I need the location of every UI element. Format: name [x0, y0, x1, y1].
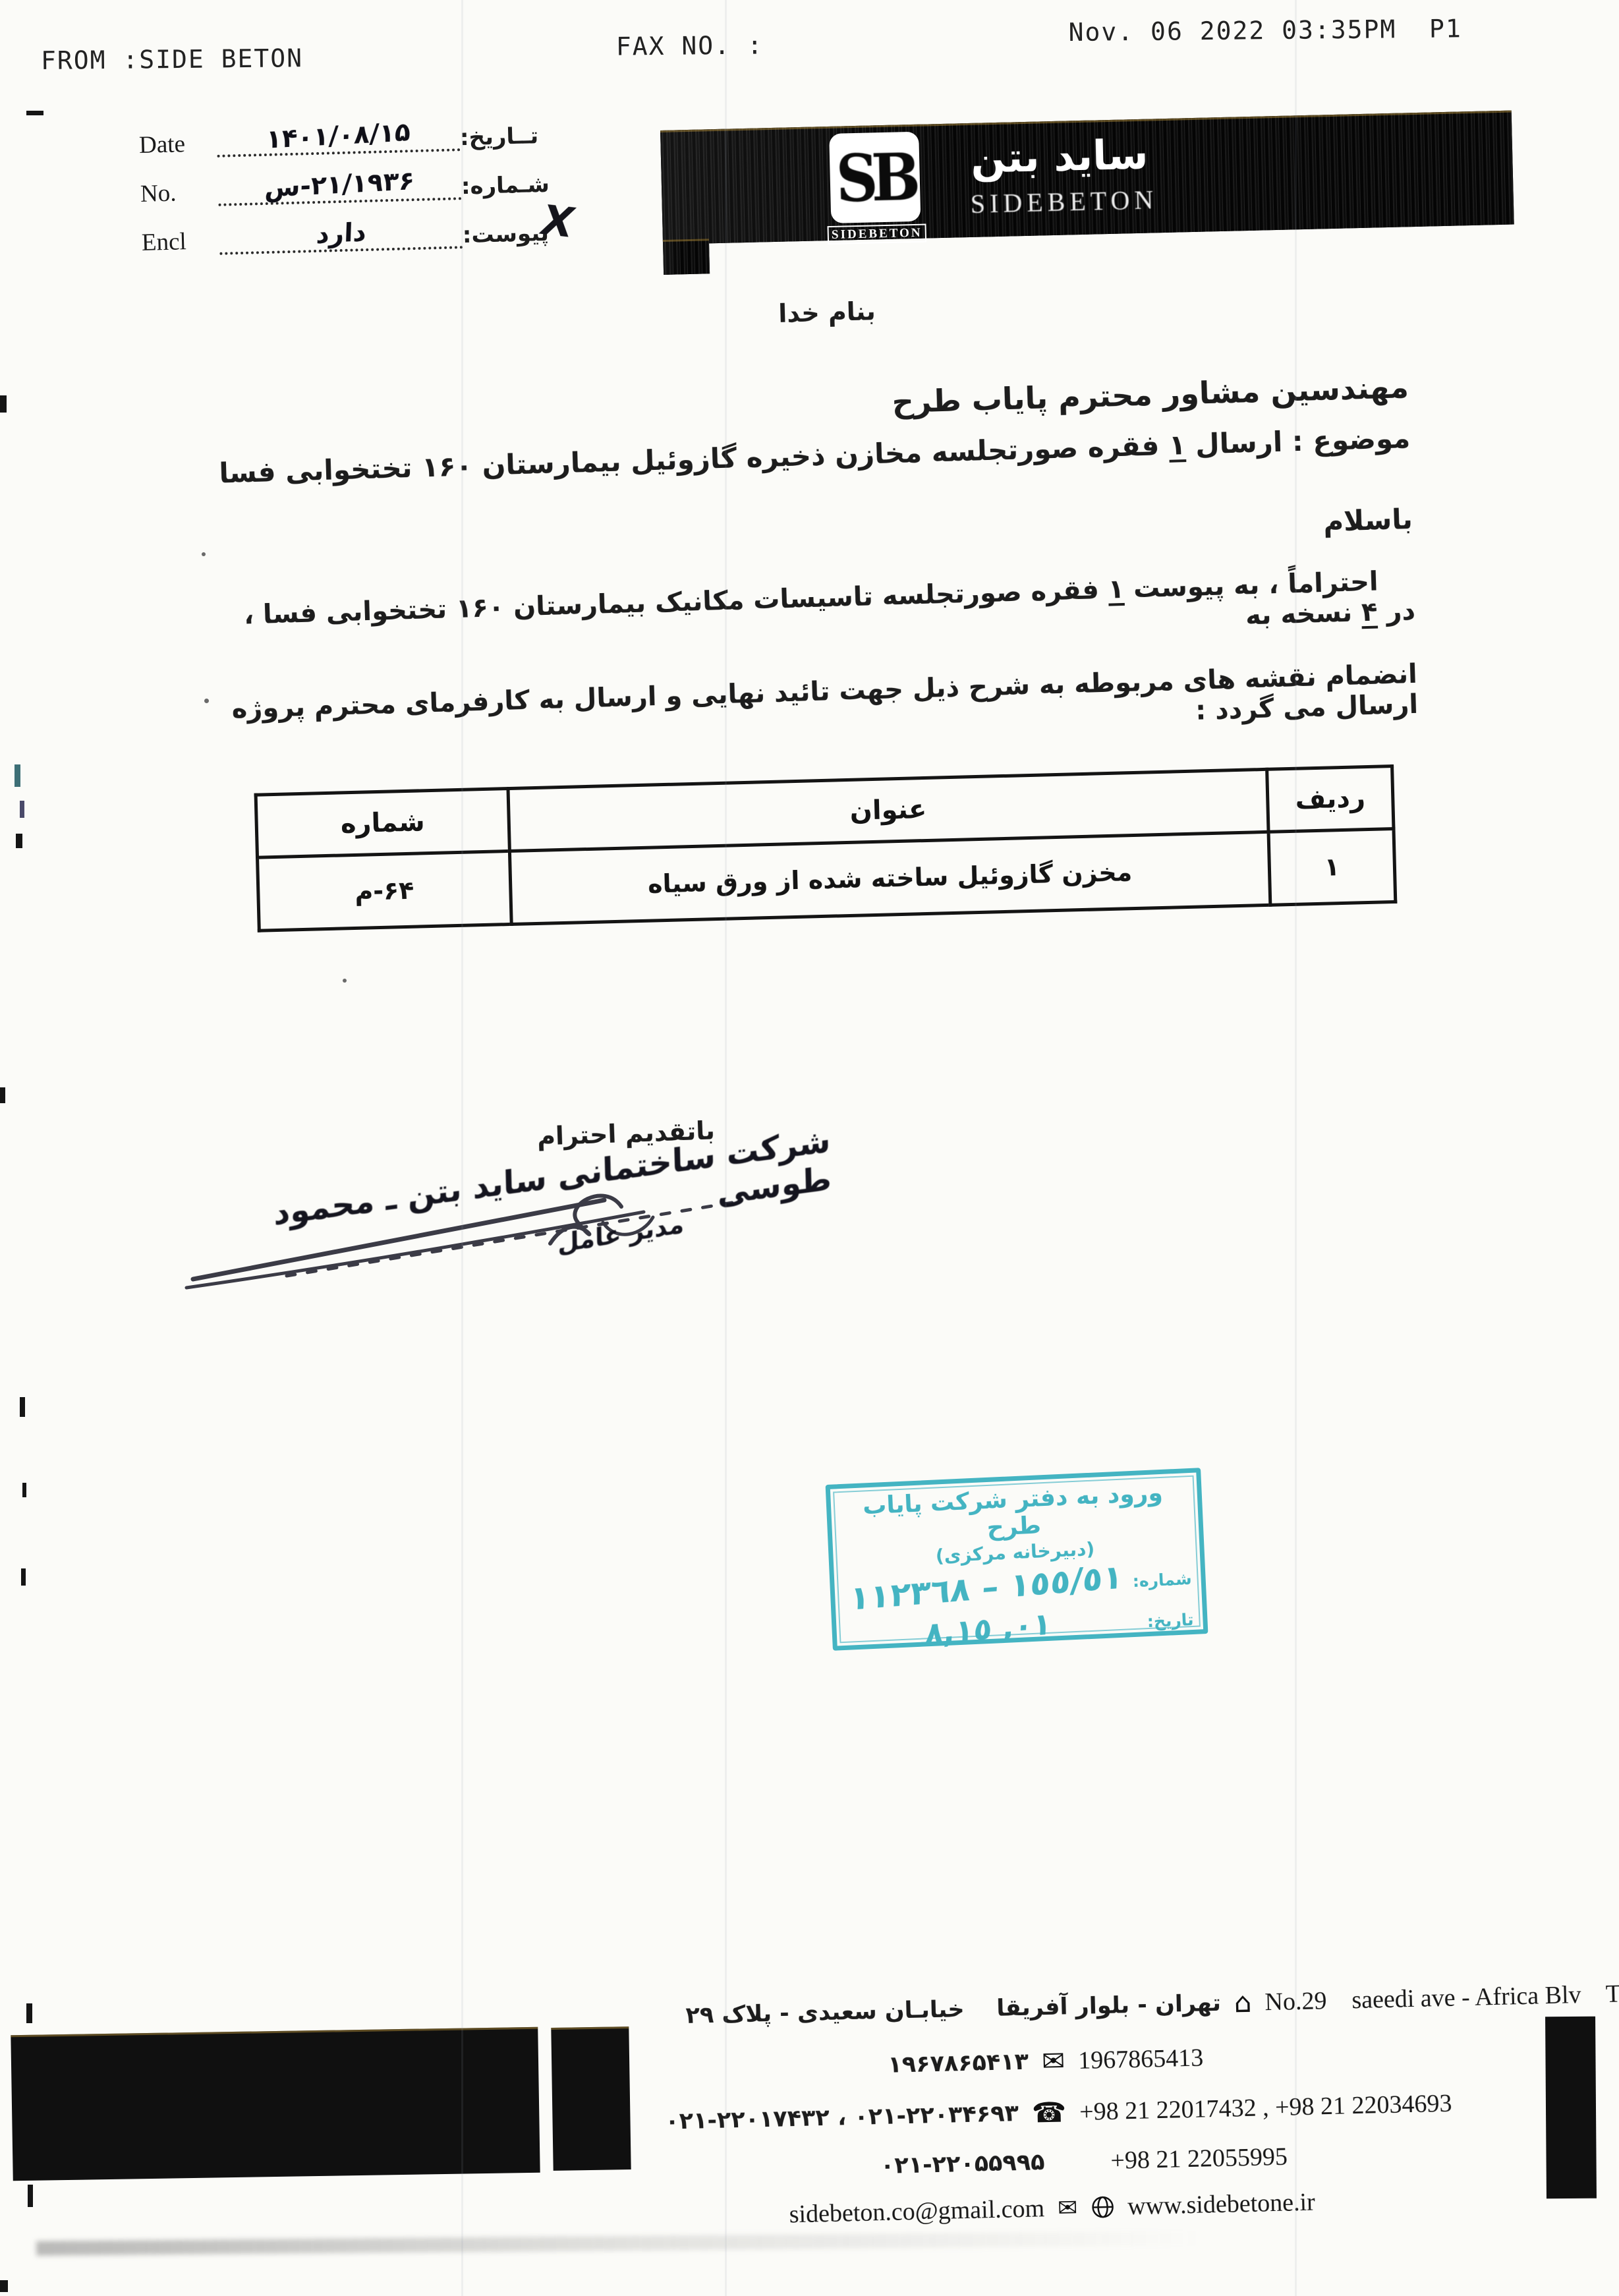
- items-table: ردیف عنوان شماره ۱ مخزن گازوئیل ساخته شد…: [254, 764, 1398, 933]
- logo-band-step: [663, 239, 710, 275]
- address-fa: تهران - بلوار آفریقا خیابـان سعیدی - پلا…: [685, 1990, 1221, 2028]
- fax-number-label: FAX NO. :: [616, 30, 764, 61]
- fax-header: FROM :SIDE BETON FAX NO. : Nov. 06 2022 …: [0, 0, 1619, 93]
- scanned-fax-letter: FROM :SIDE BETON FAX NO. : Nov. 06 2022 …: [0, 0, 1619, 2296]
- field-row-enclosure: Encl دارد پیوست:: [141, 204, 577, 257]
- date-dotted-line: ۱۴۰۱/۰۸/۱۵: [216, 114, 460, 158]
- spacer: [1058, 2161, 1097, 2162]
- scanner-line: [725, 0, 727, 2296]
- scanner-line: [461, 0, 463, 2296]
- number-label-fa: شـماره:: [461, 171, 575, 200]
- stamp-number-label: شماره:: [1131, 1568, 1192, 1590]
- date-value: ۱۴۰۱/۰۸/۱۵: [266, 117, 411, 155]
- phone2-en: +98 21 22055995: [1110, 2142, 1288, 2175]
- scanner-line: [1295, 0, 1297, 2296]
- subject-prefix: موضوع : ارسال: [1185, 422, 1411, 461]
- header-radif: ردیف: [1267, 766, 1394, 832]
- phone-icon: ☎: [1031, 2096, 1066, 2129]
- body1-count: ۱: [1108, 574, 1125, 605]
- cell-radif: ۱: [1268, 829, 1396, 905]
- sb-monogram-icon: SB: [835, 138, 915, 217]
- header-shomareh: شماره: [256, 789, 509, 858]
- phone2-fa: ۰۲۱-۲۲۰۵۵۹۹۵: [880, 2149, 1045, 2179]
- scan-artifact: [20, 801, 24, 818]
- phone2-row: ۰۲۱-۲۲۰۵۵۹۹۵ +98 21 22055995: [880, 2142, 1288, 2181]
- scan-artifact-bar: [551, 2026, 631, 2171]
- subject-rest: فقره صورتجلسه مخازن ذخیره گازوئیل بیمارس…: [219, 429, 1170, 490]
- footer: تهران - بلوار آفریقا خیابـان سعیدی - پلا…: [656, 1978, 1617, 2264]
- field-row-date: Date ۱۴۰۱/۰۸/۱۵ تــاريخ:: [138, 106, 574, 159]
- scan-artifact: [26, 2003, 32, 2023]
- scan-artifact-bar: [1545, 2017, 1597, 2199]
- scan-artifact: [202, 552, 206, 556]
- letterhead-fields: Date ۱۴۰۱/۰۸/۱۵ تــاريخ: No. ۲۱/۱۹۳۶-س ش…: [138, 106, 577, 264]
- phones-en: +98 21 22017432 , +98 21 22034693: [1079, 2088, 1452, 2126]
- scan-artifact: [204, 699, 209, 703]
- field-row-number: No. ۲۱/۱۹۳۶-س شـماره:: [140, 155, 575, 208]
- scan-artifact: [0, 395, 7, 413]
- number-label-en: No.: [140, 178, 218, 208]
- company-logo: SB: [829, 132, 921, 223]
- email-web-row: sidebeton.co@gmail.com ✉ www.sidebetone.…: [789, 2188, 1315, 2229]
- scan-artifact: [22, 1483, 26, 1497]
- date-label-fa: تــاريخ:: [459, 122, 574, 152]
- fax-timestamp: Nov. 06 2022 03:35PM P1: [1068, 14, 1462, 47]
- cell-shomareh: ۶۴-م: [258, 851, 512, 931]
- address-en: No.29 saeedi ave - Africa Blv Tehran - I…: [1264, 1976, 1619, 2017]
- postal-en: 1967865413: [1078, 2043, 1204, 2075]
- bismillah: بنام خدا: [718, 295, 936, 330]
- subject-count: ۱: [1168, 428, 1186, 461]
- scan-artifact: [0, 2280, 8, 2292]
- logo-brand-fa: ساید بتن: [970, 130, 1149, 183]
- scan-artifact: [20, 1397, 25, 1417]
- salutation: باسلام: [217, 503, 1413, 571]
- postal-row: ۱۹۶۷۸۶۵۴۱۳ ✉ 1967865413: [888, 2041, 1204, 2081]
- scan-artifact: [21, 1568, 26, 1586]
- body-paragraph-line1: احتراماً ، به پیوست ۱ فقره صورتجلسه تاسی…: [219, 565, 1416, 662]
- body1-c: نسخه به: [1245, 597, 1361, 631]
- stamp-date-label: تاریخ:: [1133, 1609, 1194, 1631]
- website-url: www.sidebetone.ir: [1127, 2188, 1316, 2222]
- globe-icon: [1091, 2195, 1115, 2220]
- paragraph-indent: [1378, 589, 1415, 590]
- logo-brand-en: SIDEBETON: [970, 184, 1158, 219]
- number-dotted-line: ۲۱/۱۹۳۶-س: [217, 163, 461, 206]
- body-paragraph-line2: انضمام نقشه های مربوطه به شرح ذیل جهت تا…: [221, 659, 1419, 755]
- scan-artifact: [16, 834, 22, 848]
- enclosure-label-en: Encl: [141, 227, 219, 257]
- letter-body: مهندسین مشاور محترم پایاب طرح موضوع : ار…: [213, 369, 1419, 755]
- enclosure-value: دارد: [315, 217, 366, 250]
- scan-artifact: [0, 1087, 5, 1103]
- scan-artifact: [14, 764, 20, 787]
- number-value: ۲۱/۱۹۳۶-س: [264, 166, 415, 204]
- phone-row: ۰۲۱-۲۲۰۱۷۴۳۲ ، ۰۲۱-۲۲۰۳۴۶۹۳ ☎ +98 21 220…: [665, 2087, 1452, 2138]
- address-row: تهران - بلوار آفریقا خیابـان سعیدی - پلا…: [685, 1974, 1619, 2032]
- body1-copies: ۴: [1361, 597, 1378, 628]
- fax-from: FROM :SIDE BETON: [41, 43, 303, 75]
- scan-artifact: [26, 111, 43, 115]
- scan-artifact: [28, 2185, 33, 2207]
- entry-stamp: ورود به دفتر شرکت پایاب طرح (دبیرخانه مر…: [826, 1468, 1208, 1651]
- email-address: sidebeton.co@gmail.com: [789, 2194, 1044, 2229]
- logo-band: SB SIDEBETON ساید بتن SIDEBETON: [660, 111, 1514, 244]
- email-icon: ✉: [1058, 2195, 1078, 2222]
- phones-fa: ۰۲۱-۲۲۰۱۷۴۳۲ ، ۰۲۱-۲۲۰۳۴۶۹۳: [665, 2100, 1019, 2135]
- logo-brand-small: SIDEBETON: [827, 224, 926, 245]
- enclosure-dotted-line: دارد: [219, 212, 463, 255]
- house-icon: ⌂: [1234, 1986, 1252, 2019]
- postal-icon: ✉: [1041, 2044, 1065, 2077]
- postal-fa: ۱۹۶۷۸۶۵۴۱۳: [888, 2048, 1029, 2078]
- scan-artifact: [343, 979, 347, 983]
- date-label-en: Date: [139, 129, 217, 159]
